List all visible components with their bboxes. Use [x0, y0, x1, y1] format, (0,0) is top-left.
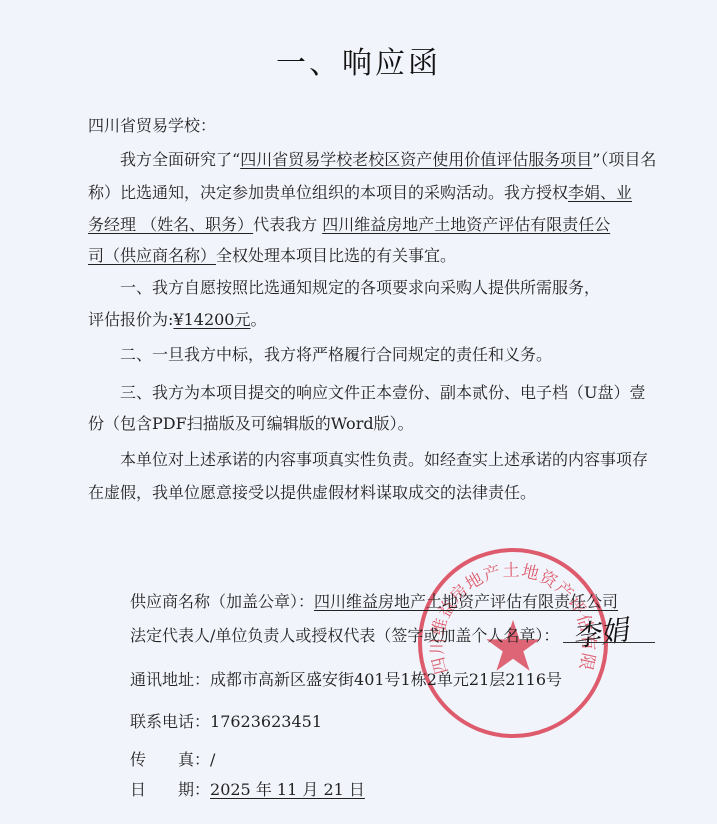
item1-line1: 一、我方自愿按照比选通知规定的各项要求向采购人提供所需服务，	[120, 278, 600, 298]
supplier-value: 四川维益房地产土地资产评估有限责任公司	[314, 592, 618, 611]
date-line: 日 期：2025 年 11 月 21 日	[130, 780, 365, 800]
item1-line2: 评估报价为:¥14200元。	[88, 310, 267, 330]
authorized-person: 李娟、业	[568, 183, 632, 202]
salutation: 四川省贸易学校：	[88, 116, 216, 136]
fax-line: 传 真：/	[130, 750, 215, 770]
item2: 二、一旦我方中标，我方将严格履行合同规定的责任和义务。	[120, 345, 552, 365]
item3-line2: 份（包含PDF扫描版及可编辑版的Word版）。	[88, 414, 414, 434]
supplier-name-inline: 四川维益房地产土地资产评估有限责任公	[322, 215, 610, 234]
document-page: 一、响应函 四川省贸易学校： 我方全面研究了“四川省贸易学校老校区资产使用价值评…	[0, 0, 717, 824]
signature: 李娟	[569, 608, 630, 655]
page-title: 一、响应函	[0, 38, 717, 82]
price-value: ¥14200元	[173, 310, 250, 329]
para1-line1: 我方全面研究了“四川省贸易学校老校区资产使用价值评估服务项目”（项目名	[120, 150, 656, 170]
para1-line4: 司（供应商名称）全权处理本项目比选的有关事宜。	[88, 246, 456, 266]
commitment-line1: 本单位对上述承诺的内容事项真实性负责。如经查实上述承诺的内容事项存	[120, 450, 648, 470]
para1-line3: 务经理 （姓名、职务）代表我方 四川维益房地产土地资产评估有限责任公	[88, 215, 610, 235]
representative-label: 法定代表人/单位负责人或授权代表（签字或加盖个人名章）：	[130, 626, 559, 646]
project-name: 四川省贸易学校老校区资产使用价值评估服务项目	[240, 150, 592, 169]
supplier-line: 供应商名称（加盖公章）：四川维益房地产土地资产评估有限责任公司	[130, 592, 618, 612]
address-line: 通讯地址：成都市高新区盛安街401号1栋2单元21层2116号	[130, 670, 562, 690]
item3-line1: 三、我方为本项目提交的响应文件正本壹份、副本贰份、电子档（U盘）壹	[120, 383, 646, 403]
commitment-line2: 在虚假，我单位愿意接受以提供虚假材料谋取成交的法律责任。	[88, 483, 536, 503]
date-value: 2025 年 11 月 21 日	[210, 780, 365, 799]
phone-line: 联系电话：17623623451	[130, 712, 322, 732]
signature-line	[563, 642, 655, 643]
para1-line2: 称）比选通知，决定参加贵单位组织的本项目的采购活动。我方授权李娟、业	[88, 183, 632, 203]
